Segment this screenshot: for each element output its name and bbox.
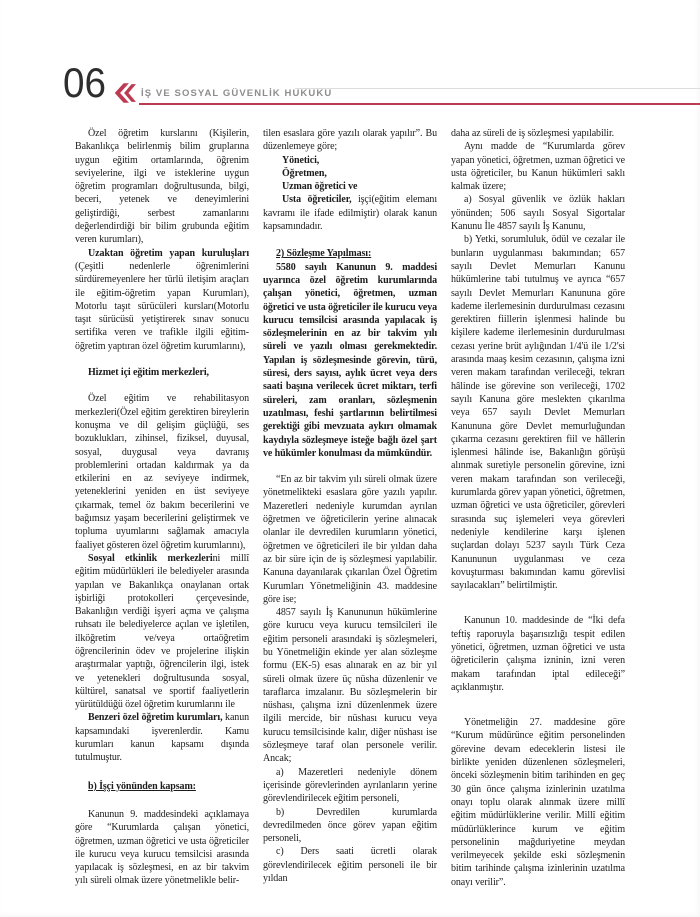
- text-run: a) Mazeretleri nedeniyle dönem içerisind…: [263, 767, 437, 805]
- paragraph: Özel eğitim ve rehabilitasyon merkezleri…: [75, 392, 249, 552]
- paragraph: Yönetici,: [263, 154, 437, 167]
- paragraph: 5580 sayılı Kanunun 9. maddesi uyarınca …: [263, 261, 437, 460]
- section-title: İŞ VE SOSYAL GÜVENLİK HUKUKU: [141, 88, 332, 99]
- text-run: Aynı madde de “Kurumlarda görev yapan yö…: [451, 141, 625, 192]
- paragraph: daha az süreli de iş sözleşmesi yapılabi…: [451, 127, 625, 140]
- text-run: 5580 sayılı Kanunun 9. maddesi uyarınca …: [263, 262, 437, 459]
- paragraph: Sosyal etkinlik merkezlerini millî eğiti…: [75, 552, 249, 712]
- header-gray-rule: [295, 88, 700, 89]
- text-run: Yönetmeliğin 27. maddesine göre “Kurum m…: [451, 717, 625, 888]
- paragraph: Yönetmeliğin 27. maddesine göre “Kurum m…: [451, 716, 625, 889]
- paragraph: Aynı madde de “Kurumlarda görev yapan yö…: [451, 140, 625, 193]
- text-column-1: Özel öğretim kurslarını (Kişilerin, Baka…: [75, 127, 249, 889]
- text-run: b) Devredilen kurumlarda devredilmeden ö…: [263, 807, 437, 845]
- section-heading: b) İşçi yönünden kapsam:: [75, 780, 249, 793]
- text-run: Özel öğretim kurslarını (Kişilerin, Baka…: [75, 128, 249, 245]
- paragraph: c) Ders saati ücretli olarak görevlendir…: [263, 845, 437, 885]
- article-body: Özel öğretim kurslarını (Kişilerin, Baka…: [75, 127, 625, 889]
- text-run: (Çeşitli nedenlerle öğrenimlerini sürdür…: [75, 261, 249, 352]
- bold-text-run: Usta öğreticiler,: [282, 194, 352, 205]
- text-run: Özel eğitim ve rehabilitasyon merkezleri…: [75, 393, 249, 550]
- text-run: 2) Sözleşme Yapılması:: [276, 248, 371, 259]
- text-run: b) İşçi yönünden kapsam:: [88, 781, 196, 792]
- text-run: a) Sosyal güvenlik ve özlük hakları yönü…: [451, 194, 625, 232]
- text-run: c) Ders saati ücretli olarak görevlendir…: [263, 846, 437, 884]
- text-run: Öğretmen,: [282, 168, 327, 179]
- paragraph: a) Mazeretleri nedeniyle dönem içerisind…: [263, 766, 437, 806]
- section-heading: 2) Sözleşme Yapılması:: [263, 247, 437, 260]
- text-column-2: tilen esaslara göre yazılı olarak yapılı…: [263, 127, 437, 889]
- paragraph: Uzman öğretici ve: [263, 180, 437, 193]
- paragraph: Benzeri özel öğretim kurumları, kanun ka…: [75, 711, 249, 764]
- paragraph: Öğretmen,: [263, 167, 437, 180]
- paragraph: tilen esaslara göre yazılı olarak yapılı…: [263, 127, 437, 154]
- double-chevron-left-icon: [113, 82, 136, 104]
- text-run: Yönetici,: [282, 155, 319, 166]
- chevron-shapes: [115, 83, 136, 102]
- paragraph: Usta öğreticiler, işçi(eğitim elemanı ka…: [263, 193, 437, 233]
- text-run: Uzman öğretici ve: [282, 181, 357, 192]
- paragraph: Özel öğretim kurslarını (Kişilerin, Baka…: [75, 127, 249, 247]
- text-run: ni millî eğitim müdürlükleri ile belediy…: [75, 553, 249, 710]
- page-number: 06: [63, 62, 106, 104]
- paragraph: Hizmet içi eğitim merkezleri,: [75, 366, 249, 379]
- paragraph: b) Devredilen kurumlarda devredilmeden ö…: [263, 806, 437, 846]
- text-run: “En az bir takvim yılı süreli olmak üzer…: [263, 474, 437, 605]
- text-run: 4857 sayılı İş Kanununun hükümlerine gör…: [263, 607, 437, 764]
- paragraph: Kanunun 9. maddesindeki açıklamaya göre …: [75, 808, 249, 888]
- bold-text-run: Sosyal etkinlik merkezleri: [88, 553, 213, 564]
- text-run: Kanunun 10. maddesinde de “İki defa teft…: [451, 615, 625, 692]
- paragraph: Uzaktan öğretim yapan kuruluşları (Çeşit…: [75, 247, 249, 353]
- text-run: daha az süreli de iş sözleşmesi yapılabi…: [451, 128, 614, 139]
- paragraph: Kanunun 10. maddesinde de “İki defa teft…: [451, 614, 625, 694]
- text-run: b) Yetki, sorumluluk, ödül ve cezalar il…: [451, 234, 625, 591]
- document-page: 06 İŞ VE SOSYAL GÜVENLİK HUKUKU Özel öğr…: [0, 0, 700, 917]
- paragraph: a) Sosyal güvenlik ve özlük hakları yönü…: [451, 193, 625, 233]
- paragraph: “En az bir takvim yılı süreli olmak üzer…: [263, 473, 437, 606]
- text-column-3: daha az süreli de iş sözleşmesi yapılabi…: [451, 127, 625, 889]
- bold-text-run: Benzeri özel öğretim kurumları,: [88, 712, 222, 723]
- paragraph: 4857 sayılı İş Kanununun hükümlerine gör…: [263, 606, 437, 766]
- text-run: Kanunun 9. maddesindeki açıklamaya göre …: [75, 809, 249, 886]
- bold-text-run: Uzaktan öğretim yapan kuruluşları: [88, 248, 249, 259]
- text-run: tilen esaslara göre yazılı olarak yapılı…: [263, 128, 437, 152]
- paragraph: b) Yetki, sorumluluk, ödül ve cezalar il…: [451, 233, 625, 592]
- header-red-rule: [139, 103, 700, 105]
- text-run: Hizmet içi eğitim merkezleri,: [88, 367, 209, 378]
